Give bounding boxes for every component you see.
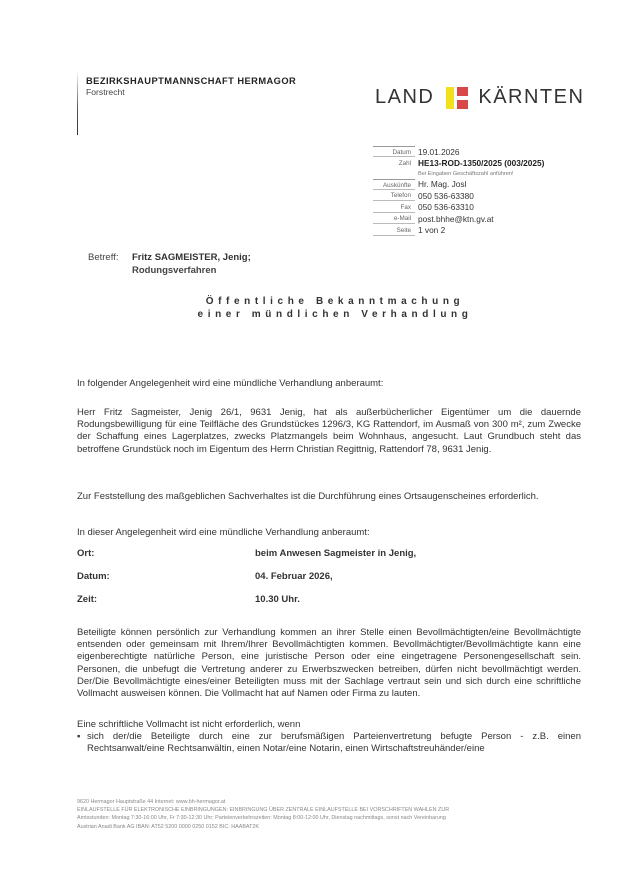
coat-of-arms-icon: [446, 87, 468, 109]
list-item: ▪ sich der/die Beteiligte durch eine zur…: [77, 731, 581, 755]
detail-time: Zeit: 10.30 Uhr.: [77, 594, 581, 617]
meta-email: e-Mail post.bhhe@ktn.gv.at: [373, 213, 544, 224]
heading-line-2: einer mündlichen Verhandlung: [0, 308, 620, 321]
meta-phone: Telefon 050 536-63380: [373, 190, 544, 201]
bullet-icon: ▪: [77, 731, 87, 755]
authority-name: BEZIRKSHAUPTMANNSCHAFT HERMAGOR: [86, 76, 296, 86]
meta-reference: Zahl HE13-ROD-1350/2025 (003/2025): [373, 157, 544, 168]
representation-paragraph: Beteiligte können persönlich zur Verhand…: [77, 627, 581, 700]
email-link[interactable]: post.bhhe@ktn.gv.at: [415, 214, 494, 224]
letterhead: BEZIRKSHAUPTMANNSCHAFT HERMAGOR Forstrec…: [86, 76, 296, 97]
proxy-exemption: Eine schriftliche Vollmacht ist nicht er…: [77, 719, 581, 756]
meta-page: Seite 1 von 2: [373, 224, 544, 235]
document-heading: Öffentliche Bekanntmachung einer mündlic…: [0, 295, 620, 321]
hearing-intro-paragraph: In dieser Angelegenheit wird eine mündli…: [77, 527, 370, 539]
meta-date: Datum 19.01.2026: [373, 146, 544, 157]
subject-block: Betreff:Fritz SAGMEISTER, Jenig; Rodungs…: [88, 252, 251, 276]
purpose-paragraph: Zur Feststellung des maßgeblichen Sachve…: [77, 491, 581, 503]
margin-rule: [77, 70, 78, 135]
page-footer: 9620 Hermagor Hauptstraße 44 Internet: w…: [77, 798, 449, 831]
land-kaernten-logo: LAND KÄRNTEN: [375, 86, 584, 109]
subject-label: Betreff:: [88, 252, 132, 263]
intro-paragraph: In folgender Angelegenheit wird eine mün…: [77, 378, 383, 390]
detail-location: Ort: beim Anwesen Sagmeister in Jenig,: [77, 548, 581, 571]
facts-paragraph: Herr Fritz Sagmeister, Jenig 26/1, 9631 …: [77, 407, 581, 456]
document-metadata: Datum 19.01.2026 Zahl HE13-ROD-1350/2025…: [373, 146, 544, 236]
logo-right-word: KÄRNTEN: [478, 86, 584, 109]
hearing-details: Ort: beim Anwesen Sagmeister in Jenig, D…: [77, 548, 581, 617]
detail-date: Datum: 04. Februar 2026,: [77, 571, 581, 594]
proxy-exemption-intro: Eine schriftliche Vollmacht ist nicht er…: [77, 719, 581, 731]
subject-line-2: Rodungsverfahren: [132, 265, 251, 276]
footer-hours: Amtsstunden: Montag 7:30-16:00 Uhr, Fr 7…: [77, 814, 449, 822]
heading-line-1: Öffentliche Bekanntmachung: [0, 295, 620, 308]
document-page: BEZIRKSHAUPTMANNSCHAFT HERMAGOR Forstrec…: [0, 0, 620, 878]
department-name: Forstrecht: [86, 87, 296, 97]
meta-fax: Fax 050 536-63310: [373, 202, 544, 213]
footer-bank: Austrian Anadi Bank AG IBAN: AT52 5200 0…: [77, 823, 449, 831]
meta-contact: Auskünfte Hr. Mag. Josl: [373, 179, 544, 190]
footer-address: 9620 Hermagor Hauptstraße 44 Internet: w…: [77, 798, 449, 806]
meta-reference-note: Bei Eingaben Geschäftszahl anführen!: [373, 169, 544, 179]
logo-left-word: LAND: [375, 86, 434, 109]
subject-line-1: Fritz SAGMEISTER, Jenig;: [132, 252, 251, 263]
footer-einlauf: EINLAUFSTELLE FÜR ELEKTRONISCHE EINBRING…: [77, 806, 449, 814]
